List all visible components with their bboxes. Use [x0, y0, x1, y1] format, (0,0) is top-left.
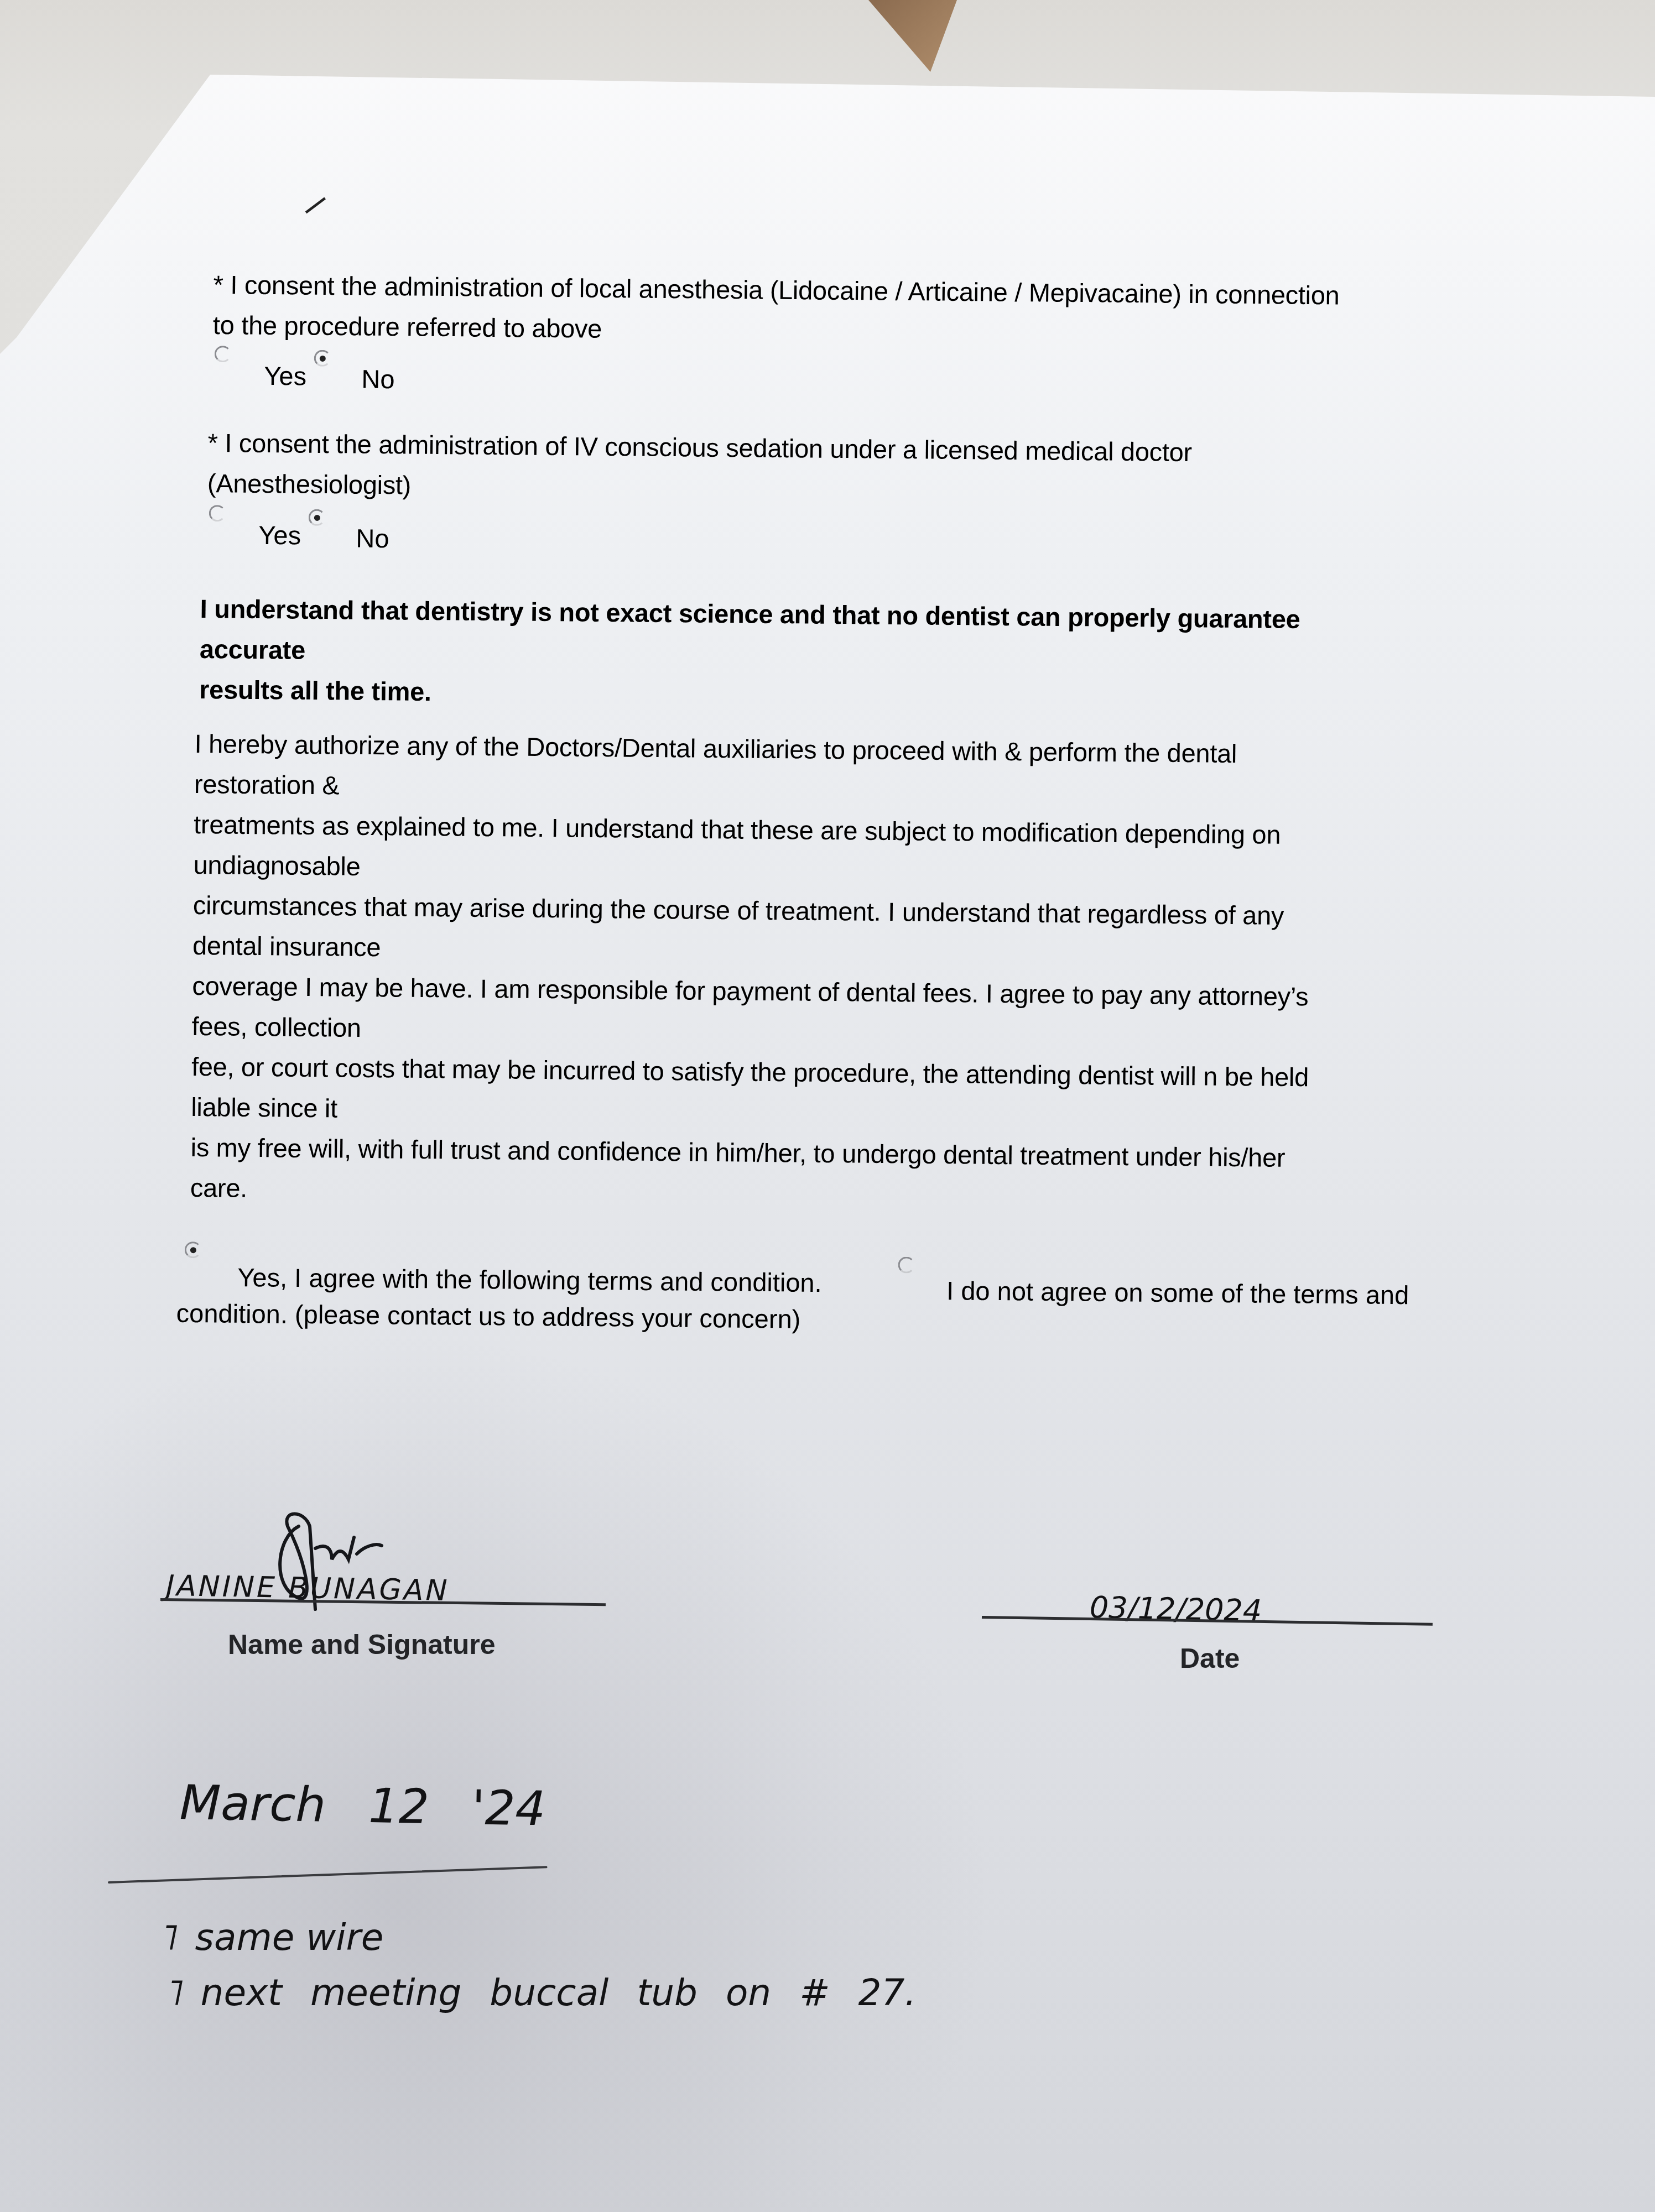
date-caption: Date: [1180, 1642, 1240, 1674]
note-item: ˥next meeting buccal tub on # 27.: [166, 1971, 916, 2014]
note-bullet-icon: ˥: [166, 1971, 184, 2014]
sedation-yes-label: Yes: [258, 520, 301, 551]
sedation-no-radio[interactable]: [309, 509, 325, 526]
authorization-paragraph: I hereby authorize any of the Doctors/De…: [190, 723, 1312, 1218]
anesthesia-yes-radio[interactable]: [215, 346, 231, 362]
sedation-consent-question: * I consent the administration of IV con…: [207, 422, 1193, 513]
anesthesia-yes-label: Yes: [264, 361, 306, 392]
agree-radio[interactable]: [185, 1241, 201, 1258]
note-item: ˥same wire: [160, 1916, 383, 1959]
anesthesia-no-radio[interactable]: [314, 350, 331, 367]
agree-label: Yes, I agree with the following terms an…: [237, 1262, 822, 1298]
anesthesia-no-label: No: [361, 364, 395, 395]
disagree-label-line-1: I do not agree on some of the terms and: [946, 1275, 1409, 1310]
sedation-yes-radio[interactable]: [209, 505, 226, 521]
note-bullet-icon: ˥: [160, 1916, 179, 1959]
name-and-signature-caption: Name and Signature: [228, 1629, 495, 1661]
disagree-label-line-2: condition. (please contact us to address…: [176, 1298, 800, 1334]
disagree-radio[interactable]: [898, 1256, 915, 1273]
note-item-text: same wire: [195, 1916, 384, 1959]
handwritten-note-date: March 12 '24: [179, 1775, 546, 1837]
dentistry-disclaimer: I understand that dentistry is not exact…: [199, 588, 1300, 720]
anesthesia-consent-question: * I consent the administration of local …: [213, 264, 1340, 356]
note-item-text: next meeting buccal tub on # 27.: [201, 1971, 917, 2014]
sedation-no-label: No: [356, 523, 389, 554]
background-object: [868, 0, 957, 72]
